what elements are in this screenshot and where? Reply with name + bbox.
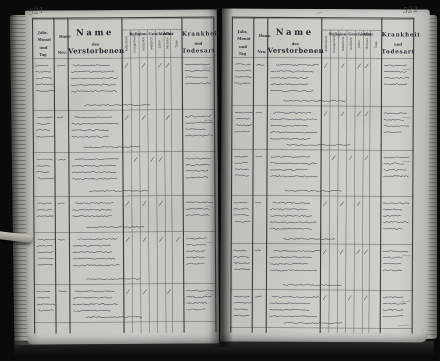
folio-number-left: 521 (28, 5, 45, 17)
handwritten-marginal-ink (203, 68, 213, 295)
folio-number-right: 522 (402, 5, 418, 15)
register-left-page: 521 Jahr,MonatundTagHaus-Nro.NamedesVers… (25, 9, 219, 344)
register-right-page: 522 Jahr,MonatundTagHaus-Nro.NamedesVers… (220, 8, 430, 342)
table-grid-right (230, 17, 415, 340)
table-grid-left (32, 16, 217, 339)
archival-register-photo: 521 Jahr,MonatundTagHaus-Nro.NamedesVers… (0, 0, 440, 361)
table-rules-thick (230, 17, 414, 334)
table-rules-thick (32, 16, 217, 333)
table-rules-thin (230, 19, 414, 334)
